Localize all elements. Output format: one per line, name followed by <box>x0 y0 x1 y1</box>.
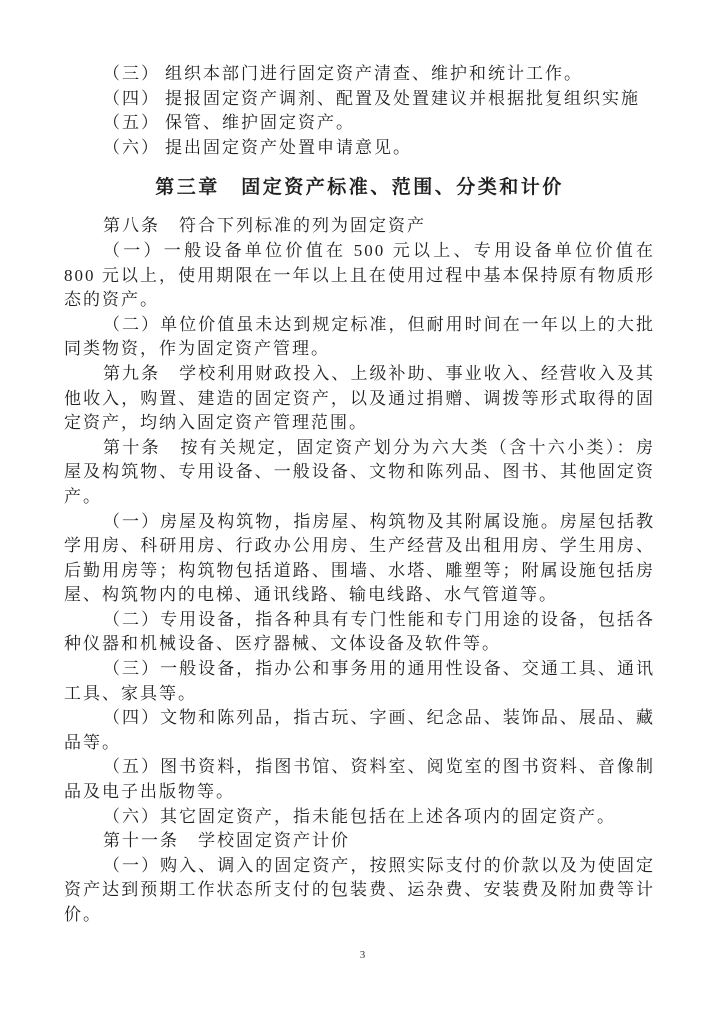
list-item: （三）组织本部门进行固定资产清查、维护和统计工作。 <box>64 62 655 87</box>
list-item: （五）保管、维护固定资产。 <box>64 111 655 136</box>
paragraph: （五）图书资料，指图书馆、资料室、阅览室的图书资料、音像制品及电子出版物等。 <box>64 755 655 804</box>
paragraph: （二）单位价值虽未达到规定标准，但耐用时间在一年以上的大批同类物资，作为固定资产… <box>64 313 655 362</box>
paragraph: 第八条 符合下列标准的列为固定资产 <box>64 214 655 239</box>
list-item: （六）提出固定资产处置申请意见。 <box>64 136 655 161</box>
paragraph: （六）其它固定资产，指未能包括在上述各项内的固定资产。 <box>64 805 655 830</box>
paragraph: 第十一条 学校固定资产计价 <box>64 829 655 854</box>
list-item-label: （四） <box>103 89 160 108</box>
paragraph: （二）专用设备，指各种具有专门性能和专门用途的设备，包括各种仪器和机械设备、医疗… <box>64 608 655 657</box>
paragraph: （一）一般设备单位价值在 500 元以上、专用设备单位价值在 800 元以上，使… <box>64 239 655 313</box>
list-item-text: 保管、维护固定资产。 <box>165 113 355 132</box>
paragraph: （一）房屋及构筑物，指房屋、构筑物及其附属设施。房屋包括教学用房、科研用房、行政… <box>64 510 655 608</box>
paragraph: 第十条 按有关规定，固定资产划分为六大类（含十六小类）：房屋及构筑物、专用设备、… <box>64 436 655 510</box>
duty-list: （三）组织本部门进行固定资产清查、维护和统计工作。 （四）提报固定资产调剂、配置… <box>64 62 655 160</box>
list-item: （四）提报固定资产调剂、配置及处置建议并根据批复组织实施 <box>64 87 655 112</box>
list-item-text: 组织本部门进行固定资产清查、维护和统计工作。 <box>165 64 583 83</box>
chapter-heading: 第三章 固定资产标准、范围、分类和计价 <box>64 172 655 203</box>
list-item-label: （六） <box>103 138 160 157</box>
paragraph: （四）文物和陈列品，指古玩、字画、纪念品、装饰品、展品、藏品等。 <box>64 706 655 755</box>
paragraph: （一）购入、调入的固定资产，按照实际支付的价款以及为使固定资产达到预期工作状态所… <box>64 854 655 928</box>
list-item-text: 提出固定资产处置申请意见。 <box>165 138 412 157</box>
paragraph: 第九条 学校利用财政投入、上级补助、事业收入、经营收入及其他收入，购置、建造的固… <box>64 362 655 436</box>
body-paragraphs: 第八条 符合下列标准的列为固定资产 （一）一般设备单位价值在 500 元以上、专… <box>64 214 655 927</box>
paragraph: （三）一般设备，指办公和事务用的通用性设备、交通工具、通讯工具、家具等。 <box>64 657 655 706</box>
list-item-text: 提报固定资产调剂、配置及处置建议并根据批复组织实施 <box>165 89 640 108</box>
list-item-label: （五） <box>103 113 160 132</box>
document-page: （三）组织本部门进行固定资产清查、维护和统计工作。 （四）提报固定资产调剂、配置… <box>0 0 725 1025</box>
page-number: 3 <box>0 948 725 962</box>
list-item-label: （三） <box>103 64 160 83</box>
